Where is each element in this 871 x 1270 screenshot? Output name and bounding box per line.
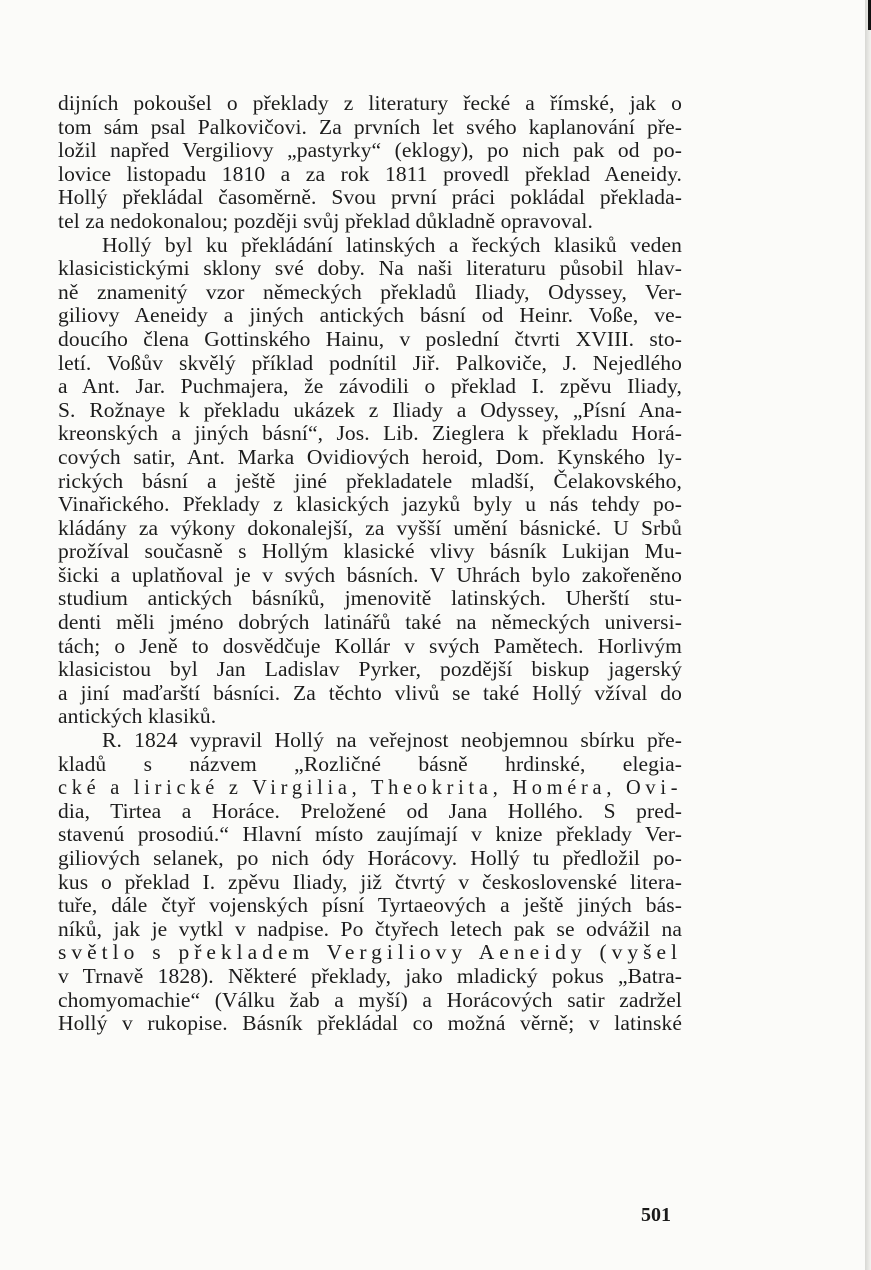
text-line: chomyomachie“ (Válku žab a myší) a Horác…	[58, 989, 682, 1013]
text-line: klasicistou byl Jan Ladislav Pyrker, poz…	[58, 658, 682, 682]
text-line: giliových selanek, po nich ódy Horácovy.…	[58, 847, 682, 871]
text-line: světlo s překladem Vergiliovy Aeneidy (v…	[58, 941, 682, 965]
text-line: kládány za výkony dokonalejší, za vyšší …	[58, 517, 682, 541]
text-line: klasicistickými sklony své doby. Na naši…	[58, 257, 682, 281]
page-edge	[865, 0, 871, 1270]
text-line: S. Rožnaye k překladu ukázek z Iliady a …	[58, 399, 682, 423]
text-line: ložil napřed Vergiliovy „pastyrky“ (eklo…	[58, 139, 682, 163]
text-line: Vinařického. Překlady z klasických jazyk…	[58, 493, 682, 517]
page-body: dijních pokoušel o překlady z literatury…	[58, 92, 682, 1036]
text-line: cké a lirické z Virgilia, Theokrita, Hom…	[58, 776, 682, 800]
text-line: a Ant. Jar. Puchmajera, že závodili o př…	[58, 375, 682, 399]
text-line: cových satir, Ant. Marka Ovidiových hero…	[58, 446, 682, 470]
text-line: denti měli jméno dobrých latinářů také n…	[58, 611, 682, 635]
text-line: stavenú prosodiú.“ Hlavní místo zaujímaj…	[58, 823, 682, 847]
text-line: níků, jak je vytkl v nadpise. Po čtyřech…	[58, 918, 682, 942]
text-line: kreonských a jiných básní“, Jos. Lib. Zi…	[58, 422, 682, 446]
text-line: prožíval současně s Hollým klasické vliv…	[58, 540, 682, 564]
text-line: a jiní maďarští básníci. Za těchto vlivů…	[58, 682, 682, 706]
text-line: tom sám psal Palkovičovi. Za prvních let…	[58, 116, 682, 140]
text-line: Hollý v rukopise. Básník překládal co mo…	[58, 1012, 682, 1036]
text-line: antických klasiků.	[58, 705, 682, 729]
text-line: rických básní a ještě jiné překladatele …	[58, 470, 682, 494]
text-line: Hollý byl ku překládání latinských a řec…	[58, 234, 682, 258]
text-line: tách; o Jeně to dosvědčuje Kollár v svýc…	[58, 635, 682, 659]
text-line: šicki a uplatňoval je v svých básních. V…	[58, 564, 682, 588]
text-line: studium antických básníků, jmenovitě lat…	[58, 587, 682, 611]
text-line: kus o překlad I. zpěvu Iliady, již čtvrt…	[58, 871, 682, 895]
text-line: tel za nedokonalou; později svůj překlad…	[58, 210, 682, 234]
text-line: Hollý překládal časoměrně. Svou první pr…	[58, 186, 682, 210]
text-line: letí. Voßův skvělý příklad podnítil Jiř.…	[58, 352, 682, 376]
text-line: ně znamenitý vzor německých překladů Ili…	[58, 281, 682, 305]
text-line: lovice listopadu 1810 a za rok 1811 prov…	[58, 163, 682, 187]
text-line: dijních pokoušel o překlady z literatury…	[58, 92, 682, 116]
text-line: v Trnavě 1828). Některé překlady, jako m…	[58, 965, 682, 989]
text-line: dia, Tirtea a Horáce. Preložené od Jana …	[58, 800, 682, 824]
text-line: kladů s názvem „Rozličné básně hrdinské,…	[58, 753, 682, 777]
text-line: doucího člena Gottinského Hainu, v posle…	[58, 328, 682, 352]
text-line: R. 1824 vypravil Hollý na veřejnost neob…	[58, 729, 682, 753]
text-line: tuře, dále čtyř vojenských písní Tyrtaeo…	[58, 894, 682, 918]
text-line: giliovy Aeneidy a jiných antických básní…	[58, 304, 682, 328]
page-number: 501	[641, 1204, 671, 1227]
